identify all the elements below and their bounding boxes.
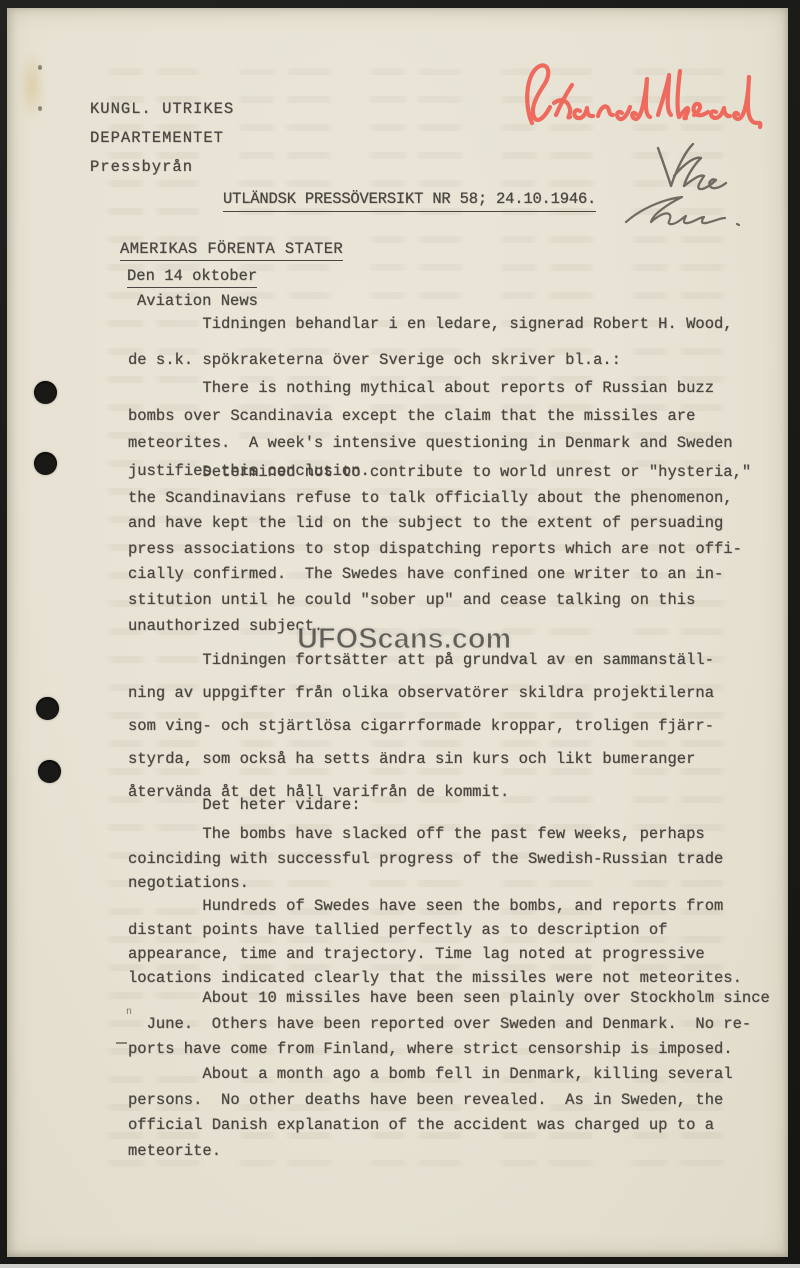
section-heading-date: Den 14 oktober [127, 267, 257, 285]
scanner-edge [0, 1264, 800, 1268]
paragraph-quote-5: About 10 missiles have been seen plainly… [128, 986, 793, 1063]
paper-stain [19, 50, 45, 122]
paper-speck [38, 65, 42, 70]
document-page: KUNGL. UTRIKES DEPARTEMENTET Pressbyrån … [7, 8, 788, 1257]
document-title: UTLÄNDSK PRESSÖVERSIKT NR 58; 24.10.1946… [223, 190, 596, 212]
date-heading-text: Den 14 oktober [127, 267, 257, 288]
margin-scan-mark: n [126, 1007, 132, 1018]
paper-speck [38, 106, 42, 111]
red-ink-handwriting [518, 57, 768, 137]
pencil-note-handwriting [620, 192, 750, 228]
punch-hole [38, 760, 61, 783]
paragraph-quote-2: Determined not to contribute to world un… [128, 460, 793, 639]
watermark-text: UFOScans.com [297, 623, 511, 656]
paragraph-swedish-summary: Tidningen fortsätter att på grundval av … [128, 644, 793, 809]
section-heading-country: AMERIKAS FÖRENTA STATER [120, 240, 343, 258]
letterhead: KUNGL. UTRIKES DEPARTEMENTET Pressbyrån [90, 95, 234, 182]
scan-background: { "document": { "letterhead": { "lines":… [0, 0, 800, 1268]
punch-hole [36, 697, 59, 720]
margin-hyphen-mark [116, 1042, 127, 1044]
paragraph-quote-4: Hundreds of Swedes have seen the bombs, … [128, 894, 793, 990]
paragraph-quote-6: About a month ago a bomb fell in Denmark… [128, 1062, 793, 1164]
country-heading-text: AMERIKAS FÖRENTA STATER [120, 240, 343, 261]
punch-hole [34, 452, 57, 475]
pencil-initials-handwriting [650, 138, 730, 190]
paragraph-intro-swedish: Tidningen behandlar i en ledare, signera… [128, 306, 793, 378]
paragraph-quote-3: The bombs have slacked off the past few … [128, 822, 793, 896]
paragraph-det-heter-vidare: Det heter vidare: [128, 793, 793, 818]
punch-hole [34, 381, 57, 404]
